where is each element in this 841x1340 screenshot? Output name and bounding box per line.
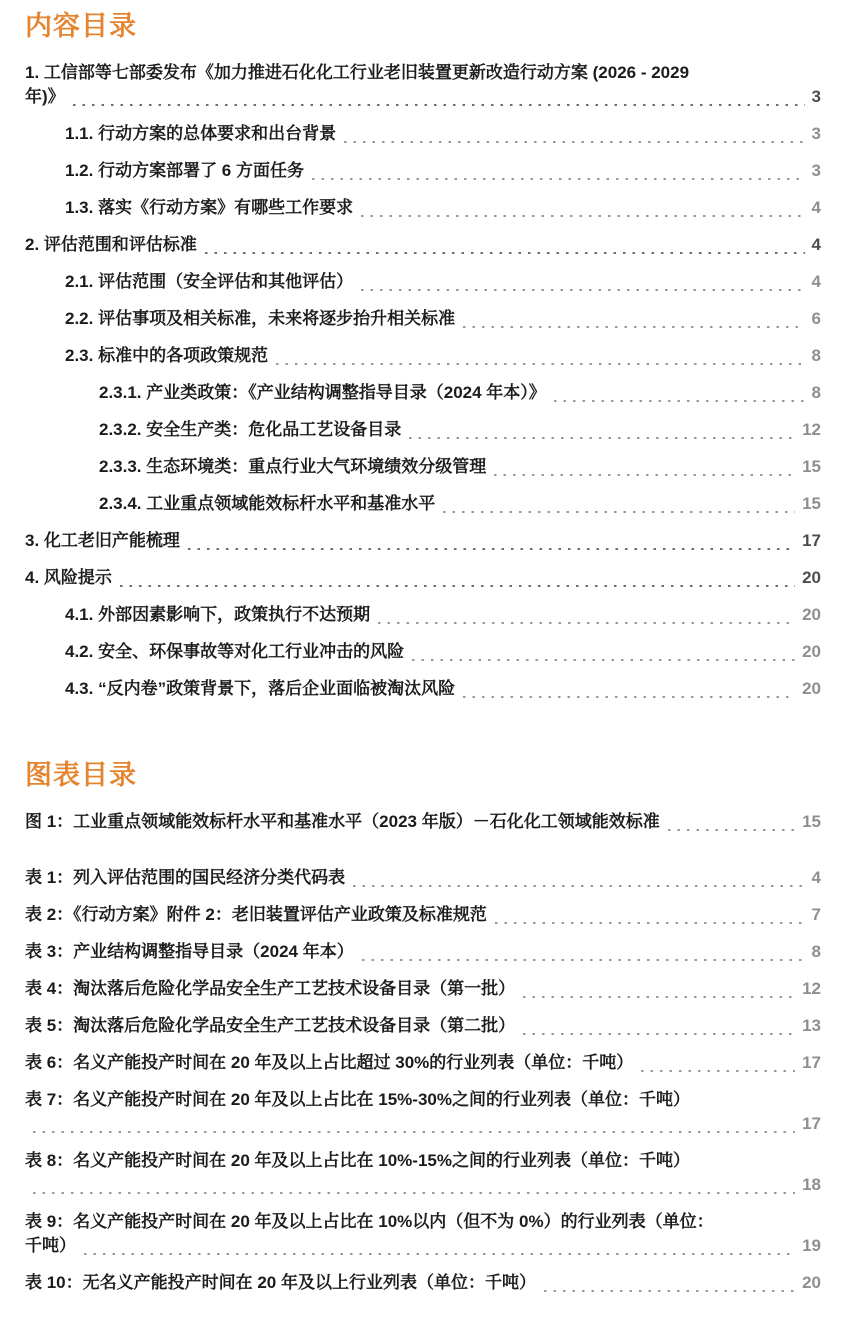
dot-leader (523, 990, 795, 998)
toc-entry: 表 5：淘汰落后危险化学品安全生产工艺技术设备目录（第二批） 13 (25, 1014, 821, 1038)
figures-toc-list: 图 1：工业重点领域能效标杆水平和基准水平（2023 年版）－石化化工领域能效标… (25, 810, 821, 834)
page-number: 3 (812, 159, 821, 183)
dot-leader (33, 1125, 795, 1133)
page-number: 3 (812, 122, 821, 146)
entry-text: 2. 评估范围和评估标准 (25, 233, 197, 257)
entry-text: 2.2. 评估事项及相关标准，未来将逐步抬升相关标准 (65, 307, 455, 331)
dot-leader (463, 690, 795, 698)
dot-leader (344, 135, 804, 143)
page-number: 8 (812, 940, 821, 964)
toc-entry: 1.1. 行动方案的总体要求和出台背景 3 (25, 122, 821, 146)
toc-entry: 2.3.1. 产业类政策：《产业结构调整指导目录（2024 年本）》 8 (25, 381, 821, 405)
toc-entry: 2.2. 评估事项及相关标准，未来将逐步抬升相关标准 6 (25, 307, 821, 331)
toc-entry: 表 9：名义产能投产时间在 20 年及以上占比在 10%以内（但不为 0%）的行… (25, 1210, 821, 1258)
entry-text: 4.3. “反内卷”政策背景下，落后企业面临被淘汰风险 (65, 677, 455, 701)
page-number: 12 (802, 977, 821, 1001)
page-number: 8 (812, 381, 821, 405)
dot-leader (463, 320, 804, 328)
toc-entry: 图 1：工业重点领域能效标杆水平和基准水平（2023 年版）－石化化工领域能效标… (25, 810, 821, 834)
page-number: 18 (802, 1173, 821, 1197)
dot-leader (353, 879, 804, 887)
toc-entry: 2.3.4. 工业重点领域能效标杆水平和基准水平 15 (25, 492, 821, 516)
page-number: 20 (802, 640, 821, 664)
dot-leader (495, 916, 805, 924)
page-number: 7 (812, 903, 821, 927)
toc-entry: 2.1. 评估范围（安全评估和其他评估） 4 (25, 270, 821, 294)
entry-text: 图 1：工业重点领域能效标杆水平和基准水平（2023 年版）－石化化工领域能效标… (25, 810, 660, 834)
toc-entry: 1.3. 落实《行动方案》有哪些工作要求 4 (25, 196, 821, 220)
entry-text: 表 2：《行动方案》附件 2：老旧装置评估产业政策及标准规范 (25, 903, 487, 927)
entry-text: 表 1：列入评估范围的国民经济分类代码表 (25, 866, 345, 890)
contents-heading: 内容目录 (25, 10, 821, 42)
tables-toc-list: 表 1：列入评估范围的国民经济分类代码表 4 表 2：《行动方案》附件 2：老旧… (25, 866, 821, 1295)
dot-leader (276, 357, 804, 365)
entry-text: 2.3. 标准中的各项政策规范 (65, 344, 268, 368)
toc-entry: 3. 化工老旧产能梳理 17 (25, 529, 821, 553)
dot-leader (412, 653, 795, 661)
toc-entry: 表 3：产业结构调整指导目录（2024 年本） 8 (25, 940, 821, 964)
dot-leader (73, 98, 805, 106)
page-number: 19 (802, 1234, 821, 1258)
page-number: 20 (802, 603, 821, 627)
entry-text-line1: 1. 工信部等七部委发布《加力推进石化化工行业老旧装置更新改造行动方案 (202… (25, 61, 821, 85)
page-number: 4 (812, 270, 821, 294)
dot-leader (544, 1284, 795, 1292)
dot-leader (668, 823, 795, 831)
dot-leader (361, 283, 804, 291)
toc-entry: 表 4：淘汰落后危险化学品安全生产工艺技术设备目录（第一批） 12 (25, 977, 821, 1001)
entry-text-line1: 表 7：名义产能投产时间在 20 年及以上占比在 15%-30%之间的行业列表（… (25, 1088, 821, 1112)
toc-entry: 2. 评估范围和评估标准 4 (25, 233, 821, 257)
page-number: 4 (812, 866, 821, 890)
entry-text: 表 10：无名义产能投产时间在 20 年及以上行业列表（单位：千吨） (25, 1271, 536, 1295)
figures-heading: 图表目录 (25, 759, 821, 791)
toc-entry: 4.1. 外部因素影响下，政策执行不达预期 20 (25, 603, 821, 627)
entry-text: 3. 化工老旧产能梳理 (25, 529, 180, 553)
dot-leader (205, 246, 805, 254)
dot-leader (312, 172, 805, 180)
entry-text: 2.3.2. 安全生产类：危化品工艺设备目录 (99, 418, 401, 442)
dot-leader (84, 1247, 795, 1255)
dot-leader (523, 1027, 795, 1035)
page-number: 20 (802, 677, 821, 701)
entry-text: 2.3.1. 产业类政策：《产业结构调整指导目录（2024 年本）》 (99, 381, 546, 405)
toc-page: 内容目录 1. 工信部等七部委发布《加力推进石化化工行业老旧装置更新改造行动方案… (25, 10, 821, 1295)
page-number: 15 (802, 455, 821, 479)
page-number: 17 (802, 529, 821, 553)
page-number: 15 (802, 810, 821, 834)
page-number: 20 (802, 566, 821, 590)
toc-entry: 表 2：《行动方案》附件 2：老旧装置评估产业政策及标准规范 7 (25, 903, 821, 927)
toc-entry: 1. 工信部等七部委发布《加力推进石化化工行业老旧装置更新改造行动方案 (202… (25, 61, 821, 109)
dot-leader (188, 542, 795, 550)
contents-toc-list: 1. 工信部等七部委发布《加力推进石化化工行业老旧装置更新改造行动方案 (202… (25, 61, 821, 701)
toc-entry: 表 6：名义产能投产时间在 20 年及以上占比超过 30%的行业列表（单位：千吨… (25, 1051, 821, 1075)
toc-entry: 4.3. “反内卷”政策背景下，落后企业面临被淘汰风险 20 (25, 677, 821, 701)
toc-entry: 表 8：名义产能投产时间在 20 年及以上占比在 10%-15%之间的行业列表（… (25, 1149, 821, 1197)
dot-leader (361, 209, 804, 217)
entry-text: 表 6：名义产能投产时间在 20 年及以上占比超过 30%的行业列表（单位：千吨… (25, 1051, 633, 1075)
entry-text: 2.3.4. 工业重点领域能效标杆水平和基准水平 (99, 492, 435, 516)
toc-entry: 表 10：无名义产能投产时间在 20 年及以上行业列表（单位：千吨） 20 (25, 1271, 821, 1295)
entry-text-line1: 表 9：名义产能投产时间在 20 年及以上占比在 10%以内（但不为 0%）的行… (25, 1210, 821, 1234)
toc-entry: 1.2. 行动方案部署了 6 方面任务 3 (25, 159, 821, 183)
toc-entry: 2.3.2. 安全生产类：危化品工艺设备目录 12 (25, 418, 821, 442)
page-number: 3 (812, 85, 821, 109)
dot-leader (378, 616, 795, 624)
toc-entry: 表 7：名义产能投产时间在 20 年及以上占比在 15%-30%之间的行业列表（… (25, 1088, 821, 1136)
dot-leader (33, 1186, 795, 1194)
entry-text: 表 4：淘汰落后危险化学品安全生产工艺技术设备目录（第一批） (25, 977, 515, 1001)
entry-text: 4.2. 安全、环保事故等对化工行业冲击的风险 (65, 640, 404, 664)
toc-entry: 4.2. 安全、环保事故等对化工行业冲击的风险 20 (25, 640, 821, 664)
page-number: 17 (802, 1112, 821, 1136)
dot-leader (409, 431, 795, 439)
toc-entry: 4. 风险提示 20 (25, 566, 821, 590)
entry-text: 2.3.3. 生态环境类：重点行业大气环境绩效分级管理 (99, 455, 486, 479)
dot-leader (362, 953, 805, 961)
entry-text: 年)》 (25, 85, 65, 109)
dot-leader (443, 505, 795, 513)
page-number: 8 (812, 344, 821, 368)
entry-text: 4. 风险提示 (25, 566, 112, 590)
dot-leader (641, 1064, 795, 1072)
entry-text: 表 3：产业结构调整指导目录（2024 年本） (25, 940, 354, 964)
entry-text: 1.2. 行动方案部署了 6 方面任务 (65, 159, 304, 183)
toc-entry: 2.3.3. 生态环境类：重点行业大气环境绩效分级管理 15 (25, 455, 821, 479)
page-number: 12 (802, 418, 821, 442)
page-number: 4 (812, 233, 821, 257)
entry-text: 千吨） (25, 1234, 76, 1258)
dot-leader (494, 468, 795, 476)
page-number: 20 (802, 1271, 821, 1295)
entry-text: 4.1. 外部因素影响下，政策执行不达预期 (65, 603, 370, 627)
dot-leader (120, 579, 795, 587)
toc-entry: 表 1：列入评估范围的国民经济分类代码表 4 (25, 866, 821, 890)
page-number: 6 (812, 307, 821, 331)
entry-text: 2.1. 评估范围（安全评估和其他评估） (65, 270, 353, 294)
page-number: 13 (802, 1014, 821, 1038)
toc-entry: 2.3. 标准中的各项政策规范 8 (25, 344, 821, 368)
entry-text: 1.3. 落实《行动方案》有哪些工作要求 (65, 196, 353, 220)
page-number: 4 (812, 196, 821, 220)
entry-text-line1: 表 8：名义产能投产时间在 20 年及以上占比在 10%-15%之间的行业列表（… (25, 1149, 821, 1173)
entry-text: 表 5：淘汰落后危险化学品安全生产工艺技术设备目录（第二批） (25, 1014, 515, 1038)
entry-text: 1.1. 行动方案的总体要求和出台背景 (65, 122, 336, 146)
page-number: 17 (802, 1051, 821, 1075)
page-number: 15 (802, 492, 821, 516)
dot-leader (554, 394, 805, 402)
